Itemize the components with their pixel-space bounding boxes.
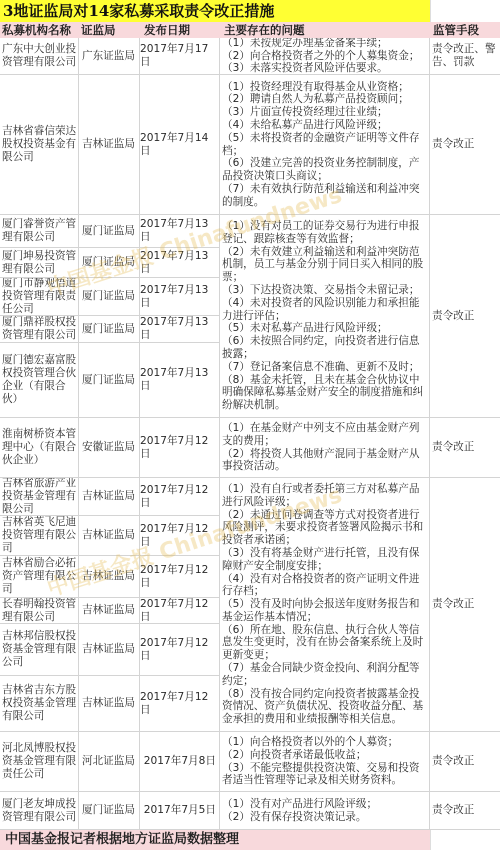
issues-cell: （1）在基金财产中列支不应由基金财产列支的费用； （2）将投资人其他财产混同于基… [220, 418, 430, 478]
issue-item: （1）没有对产品进行风险评级； [222, 798, 429, 811]
issues-cell: （1）没有对员工的证券交易行为进行申报登记、跟踪核查等有效监督； （2）未有效建… [220, 215, 430, 418]
issue-item: （7）登记备案信息不准确、更新不及时； [222, 361, 429, 374]
table-row-date: 2017年7月12日 [140, 516, 220, 556]
issue-item: （6）没建立完善的投资业务控制制度，产品投资决策口头商议； [222, 157, 429, 183]
issue-item: （1）投资经理没有取得基金从业资格； [222, 81, 429, 94]
issue-item: （1）没有对员工的证券交易行为进行申报登记、跟踪核查等有效监督； [222, 220, 429, 246]
table-row-name: 长春明翰投资管理有限公司 [0, 598, 79, 624]
measure-cell: 责令改正、警告、罚款 [430, 38, 500, 75]
title-empty-cell [430, 0, 500, 22]
table-title: 3地证监局对14家私募采取责令改正措施 [0, 0, 430, 22]
regulatory-table: 3地证监局对14家私募采取责令改正措施 私募机构名称 证监局 发布日期 主要存在… [0, 0, 500, 850]
issue-item: （2）向投资者承诺最低收益； [222, 749, 429, 762]
table-row-bureau: 厦门证监局 [79, 215, 140, 248]
header-name: 私募机构名称 [0, 22, 79, 38]
table-row-date: 2017年7月12日 [140, 598, 220, 624]
table-row-bureau: 厦门证监局 [79, 248, 140, 278]
table-row-bureau: 吉林证监局 [79, 676, 140, 732]
issue-item: （8）没有按合同约定向投资者披露基金投资情况、资产负债状况、投资收益分配、基金承… [222, 688, 429, 726]
issue-item: （1）向合格投资者以外的个人募资； [222, 736, 429, 749]
table-row-bureau: 吉林证监局 [79, 598, 140, 624]
title-row: 3地证监局对14家私募采取责令改正措施 [0, 0, 500, 22]
table-row-name: 广东中大创业投资管理有限公司 [0, 38, 79, 75]
table-row-bureau: 厦门证监局 [79, 278, 140, 316]
table-row-date: 2017年7月12日 [140, 478, 220, 516]
table-row-date: 2017年7月12日 [140, 624, 220, 676]
table-row-date: 2017年7月13日 [140, 248, 220, 278]
issue-item: （3）没有将基金财产进行托管，且没有保障财产安全制度安排； [222, 547, 429, 573]
table-row-date: 2017年7月17日 [140, 38, 220, 75]
issue-item: （1）没有自行或者委托第三方对私募产品进行风险评级； [222, 483, 429, 509]
table-row-date: 2017年7月8日 [140, 732, 220, 792]
issue-item: （2）聘请自然人为私募产品投资顾问； [222, 93, 429, 106]
table-row-bureau: 河北证监局 [79, 732, 140, 792]
issue-item: （6）未按照合同约定，向投资者进行信息披露； [222, 335, 429, 361]
issues-cell: （1）没有自行或者委托第三方对私募产品进行风险评级； （2）未通过问卷调查等方式… [220, 478, 430, 732]
table-row-date: 2017年7月13日 [140, 316, 220, 343]
table-row-name: 厦门坤易投资管理有限公司 [0, 248, 79, 278]
issue-item: （7）未有效执行防范利益输送和利益冲突的制度。 [222, 183, 429, 209]
header-measure: 监管手段 [430, 22, 500, 38]
table-row-name: 吉林省英飞尼迪投资管理有限公司 [0, 516, 79, 556]
issue-item: （2）未有效建立利益输送和利益冲突防范机制，员工与基金分别于同日买入相同的股票； [222, 246, 429, 284]
table-row-name: 厦门鼎祥股权投资管理有限公司 [0, 316, 79, 343]
table-row-bureau: 广东证监局 [79, 38, 140, 75]
issues-cell: （1）向合格投资者以外的个人募资； （2）向投资者承诺最低收益； （3）不能完整… [220, 732, 430, 792]
footer-empty-cell [430, 830, 500, 850]
issue-item: （6）所在地、股东信息、执行合伙人等信息发生变更时，没有在协会备案系统上及时更新… [222, 624, 429, 662]
issues-cell: （1）投资经理没有取得基金从业资格； （2）聘请自然人为私募产品投资顾问； （3… [220, 75, 430, 215]
issue-item: （3）不能完整提供投资决策、交易和投资者适当性管理等记录及相关财务资料。 [222, 762, 429, 788]
issue-item: （3）下达投资决策、交易指令未留记录； [222, 284, 429, 297]
issue-item: （3）未落实投资者风险评估要求。 [222, 62, 429, 75]
header-bureau: 证监局 [79, 22, 140, 38]
issue-item: （5）未将投资者的金融资产证明等文件存档； [222, 132, 429, 158]
table-row-name: 吉林省睿信荣达股权投资基金有限公司 [0, 75, 79, 215]
table-row-name: 厦门德宏嘉富股权投资管理合伙企业（有限合伙） [0, 343, 79, 418]
table-row-date: 2017年7月13日 [140, 278, 220, 316]
table-row-date: 2017年7月12日 [140, 556, 220, 598]
issue-item: （4）未给私募产品进行风险评级； [222, 119, 429, 132]
table-row-date: 2017年7月13日 [140, 215, 220, 248]
table-row-name: 河北凤博股权投资基金管理有限责任公司 [0, 732, 79, 792]
issues-cell: （1）没有对产品进行风险评级； （2）没有保存投资决策记录。 [220, 792, 430, 830]
issues-cell: （1）未按规定办理基金备案手续； （2）向合格投资者之外的个人募集资金； （3）… [220, 38, 430, 75]
table-row-bureau: 吉林证监局 [79, 624, 140, 676]
issue-item: （1）未按规定办理基金备案手续； [222, 38, 429, 50]
issue-item: （8）基金未托管，且未在基金合伙协议中明确保障私募基金财产安全的制度措施和纠纷解… [222, 374, 429, 412]
table-row-bureau: 吉林证监局 [79, 516, 140, 556]
table-row-name: 吉林邦信股权投资基金管理有限公司 [0, 624, 79, 676]
issue-item: （4）未对投资者的风险识别能力和承担能力进行评估； [222, 297, 429, 323]
table-row-name: 厦门睿誉资产管理有限公司 [0, 215, 79, 248]
table-row-name: 吉林省励合必拓资产管理有限公司 [0, 556, 79, 598]
table-row-bureau: 厦门证监局 [79, 316, 140, 343]
measure-cell: 责令改正 [430, 792, 500, 830]
table-row-name: 吉林省吉东方股权投资基金管理有限公司 [0, 676, 79, 732]
table-row-name: 厦门市静观悟道投资管理有限责任公司 [0, 278, 79, 316]
measure-cell: 责令改正 [430, 75, 500, 215]
issue-item: （2）将投资人其他财产混同于基金财产从事投资活动。 [222, 448, 429, 474]
table-row-name: 厦门老友坤成投资管理有限公司 [0, 792, 79, 830]
measure-cell: 责令改正 [430, 478, 500, 732]
table-row-bureau: 吉林证监局 [79, 556, 140, 598]
table-row-date: 2017年7月12日 [140, 676, 220, 732]
issue-item: （2）未通过问卷调查等方式对投资者进行风险测评，未要求投资者签署风险揭示书和投资… [222, 509, 429, 547]
source-footer: 中国基金报记者根据地方证监局数据整理 [0, 830, 430, 850]
table-row-bureau: 吉林证监局 [79, 75, 140, 215]
measure-cell: 责令改正 [430, 732, 500, 792]
header-issues: 主要存在的问题 [220, 22, 430, 38]
table-row-date: 2017年7月14日 [140, 75, 220, 215]
header-date: 发布日期 [140, 22, 220, 38]
issue-item: （2）没有保存投资决策记录。 [222, 811, 429, 824]
issue-item: （2）向合格投资者之外的个人募集资金； [222, 50, 429, 63]
issue-item: （5）没有及时向协会报送年度财务报告和基金运作基本情况； [222, 598, 429, 624]
table-row-date: 2017年7月12日 [140, 418, 220, 478]
issue-item: （4）没有对合格投资者的资产证明文件进行存档； [222, 573, 429, 599]
issue-item: （1）在基金财产中列支不应由基金财产列支的费用； [222, 422, 429, 448]
table-row-name: 淮南树桥资本管理中心（有限合伙企业） [0, 418, 79, 478]
measure-cell: 责令改正 [430, 418, 500, 478]
table-row-date: 2017年7月13日 [140, 343, 220, 418]
table-row-bureau: 厦门证监局 [79, 343, 140, 418]
table-row-bureau: 厦门证监局 [79, 792, 140, 830]
table-row-date: 2017年7月5日 [140, 792, 220, 830]
table-row-bureau: 安徽证监局 [79, 418, 140, 478]
issue-item: （3）片面宣传投资经理过往业绩； [222, 106, 429, 119]
issue-item: （7）基金合同缺少资金投向、利润分配等约定； [222, 662, 429, 688]
issue-item: （5）未对私募产品进行风险评级； [222, 322, 429, 335]
measure-cell: 责令改正 [430, 215, 500, 418]
table-row-bureau: 吉林证监局 [79, 478, 140, 516]
table-row-name: 吉林省旅游产业投资基金管理有限公司 [0, 478, 79, 516]
